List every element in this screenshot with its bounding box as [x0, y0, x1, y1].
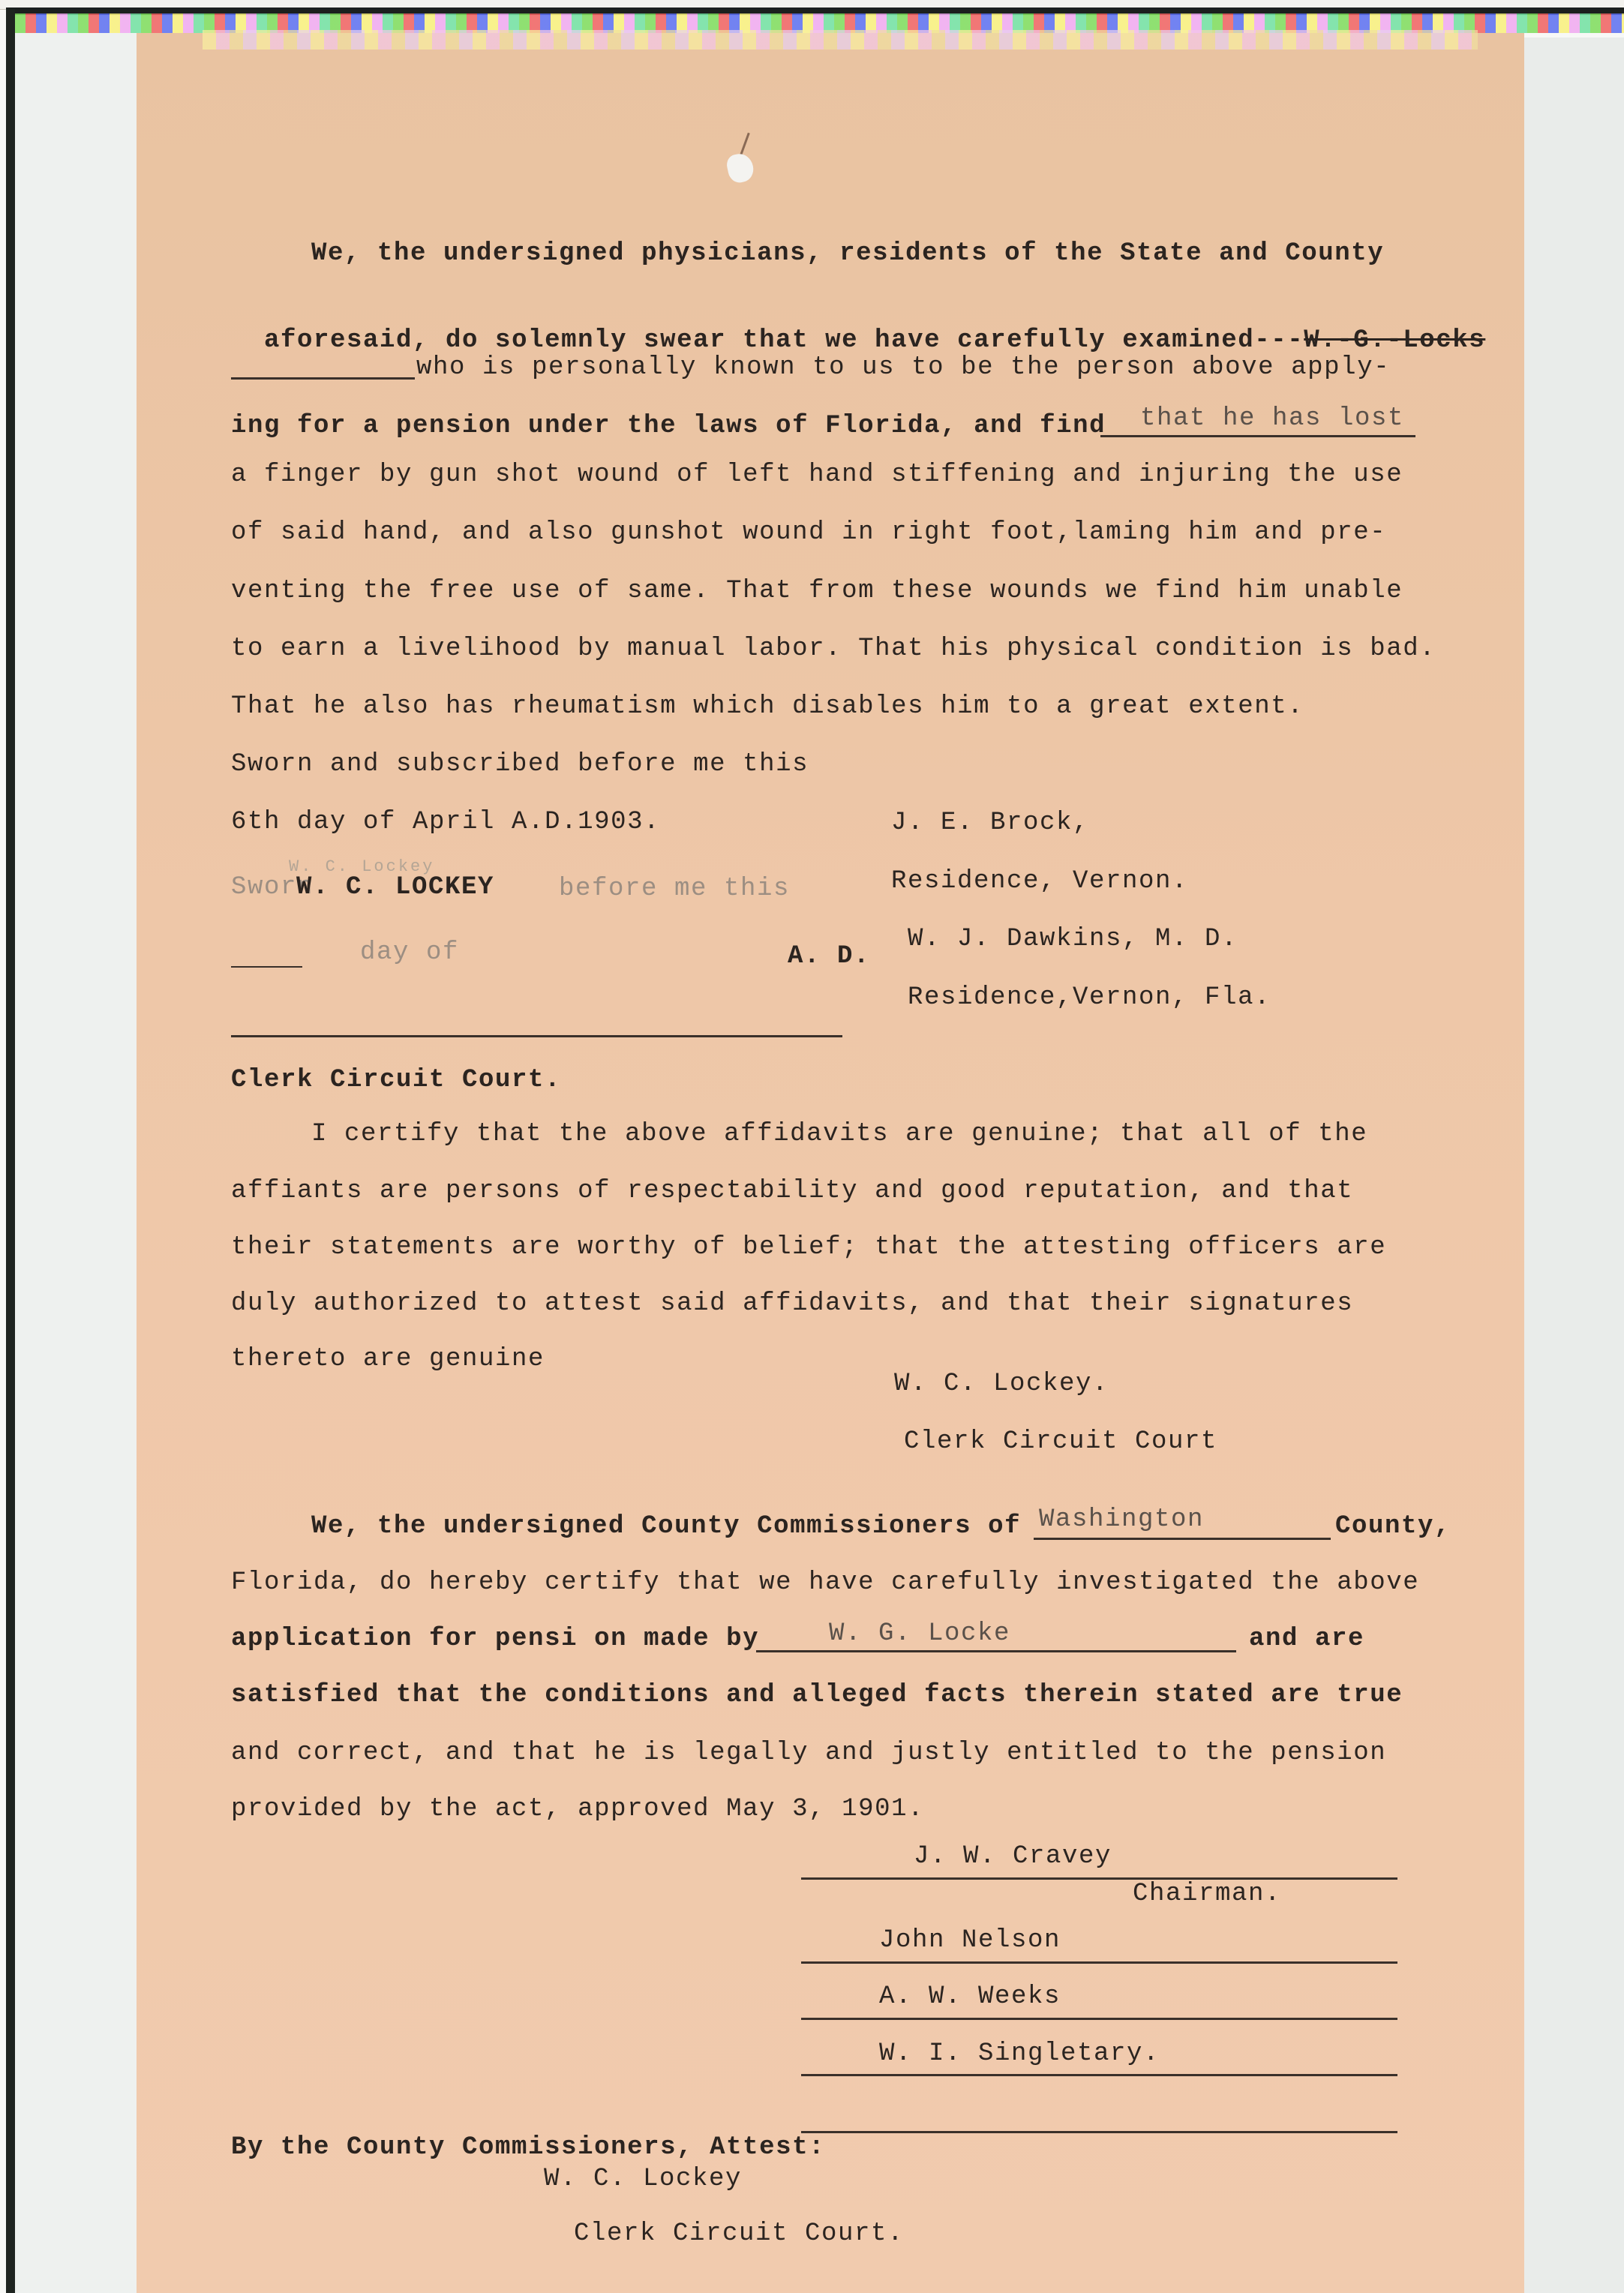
- affidavit-line-3: who is personally known to us to be the …: [416, 353, 1390, 383]
- certificate-line-2: affiants are persons of respectability a…: [231, 1176, 1353, 1206]
- clerk-stamp-name: W. C. LOCKEY: [296, 872, 494, 902]
- commissioners-line-3-suffix: and are: [1249, 1624, 1364, 1654]
- physician-2-name: W. J. Dawkins, M. D.: [908, 924, 1238, 954]
- clerk-title: Clerk Circuit Court: [904, 1427, 1217, 1457]
- before-me-faint: before me this: [559, 874, 790, 904]
- finding-fill: that he has lost: [1140, 404, 1404, 434]
- affidavit-line-9: That he also has rheumatism which disabl…: [231, 692, 1304, 722]
- clerk-label: Clerk Circuit Court.: [231, 1065, 561, 1095]
- commissioners-line-3: application for pensi on made by: [231, 1624, 759, 1654]
- affidavit-line-4: ing for a pension under the laws of Flor…: [231, 411, 1106, 441]
- blank-underline: [231, 377, 415, 380]
- commissioners-line-6: provided by the act, approved May 3, 190…: [231, 1794, 924, 1824]
- certificate-line-5: thereto are genuine: [231, 1344, 545, 1374]
- physician-1-residence: Residence, Vernon.: [891, 866, 1188, 896]
- county-suffix: County,: [1335, 1511, 1451, 1541]
- scan-color-artifact-soft: [203, 30, 1478, 50]
- commissioners-line-5: and correct, and that he is legally and …: [231, 1738, 1386, 1768]
- scan-margin-right: [1524, 38, 1624, 2293]
- applicant-fill: W. G. Locke: [829, 1619, 1010, 1649]
- ad-label: A. D.: [788, 941, 870, 971]
- day-blank: [231, 966, 302, 968]
- scan-margin-left: [15, 33, 137, 2293]
- affidavit-line-1: We, the undersigned physicians, resident…: [311, 239, 1384, 269]
- commissioners-line-4: satisfied that the conditions and allege…: [231, 1680, 1403, 1710]
- affidavit-line-5: a finger by gun shot wound of left hand …: [231, 460, 1403, 490]
- attest-label: By the County Commissioners, Attest:: [231, 2132, 825, 2162]
- affidavit-line-8: to earn a livelihood by manual labor. Th…: [231, 634, 1436, 664]
- commissioners-line-1: We, the undersigned County Commissioners…: [311, 1511, 1021, 1541]
- commissioner-4-name: W. I. Singletary.: [879, 2039, 1160, 2069]
- commissioner-1-title: Chairman.: [1133, 1879, 1281, 1909]
- affidavit-line-2: aforesaid, do solemnly swear that we hav…: [231, 296, 1485, 356]
- signature-line-2: [801, 1961, 1397, 1964]
- attest-name: W. C. Lockey: [544, 2164, 742, 2194]
- struck-applicant-name: W.-G.-Locks: [1304, 326, 1485, 355]
- scanner-frame-left: [6, 9, 15, 2293]
- commissioner-2-name: John Nelson: [879, 1925, 1061, 1955]
- applicant-underline: [756, 1650, 1236, 1652]
- county-underline: [1034, 1538, 1331, 1540]
- certificate-line-1: I certify that the above affidavits are …: [311, 1119, 1367, 1149]
- signature-line-1: [801, 1877, 1397, 1880]
- certificate-line-3: their statements are worthy of belief; t…: [231, 1232, 1386, 1262]
- clerk-signature: W. C. Lockey.: [894, 1369, 1109, 1399]
- attest-signature-line: [801, 2131, 1397, 2133]
- commissioner-1-name: J. W. Cravey: [914, 1841, 1112, 1871]
- sworn-line: Sworn and subscribed before me this: [231, 749, 809, 779]
- signature-line-4: [801, 2074, 1397, 2076]
- affidavit-line-6: of said hand, and also gunshot wound in …: [231, 518, 1386, 548]
- commissioner-3-name: A. W. Weeks: [879, 1982, 1061, 2012]
- attest-title: Clerk Circuit Court.: [574, 2219, 904, 2249]
- physician-2-residence: Residence,Vernon, Fla.: [908, 983, 1271, 1013]
- finding-underline: [1100, 435, 1415, 437]
- physician-1-name: J. E. Brock,: [891, 808, 1089, 838]
- clerk-signature-line: [231, 1035, 842, 1037]
- day-of-faint: day of: [360, 938, 459, 968]
- affidavit-line-7: venting the free use of same. That from …: [231, 576, 1403, 606]
- affidavit-line-2-text: aforesaid, do solemnly swear that we hav…: [264, 326, 1304, 355]
- certificate-line-4: duly authorized to attest said affidavit…: [231, 1289, 1353, 1319]
- commissioners-line-2: Florida, do hereby certify that we have …: [231, 1568, 1419, 1598]
- signature-line-3: [801, 2018, 1397, 2020]
- county-fill: Washington: [1039, 1505, 1204, 1535]
- date-line: 6th day of April A.D.1903.: [231, 807, 660, 837]
